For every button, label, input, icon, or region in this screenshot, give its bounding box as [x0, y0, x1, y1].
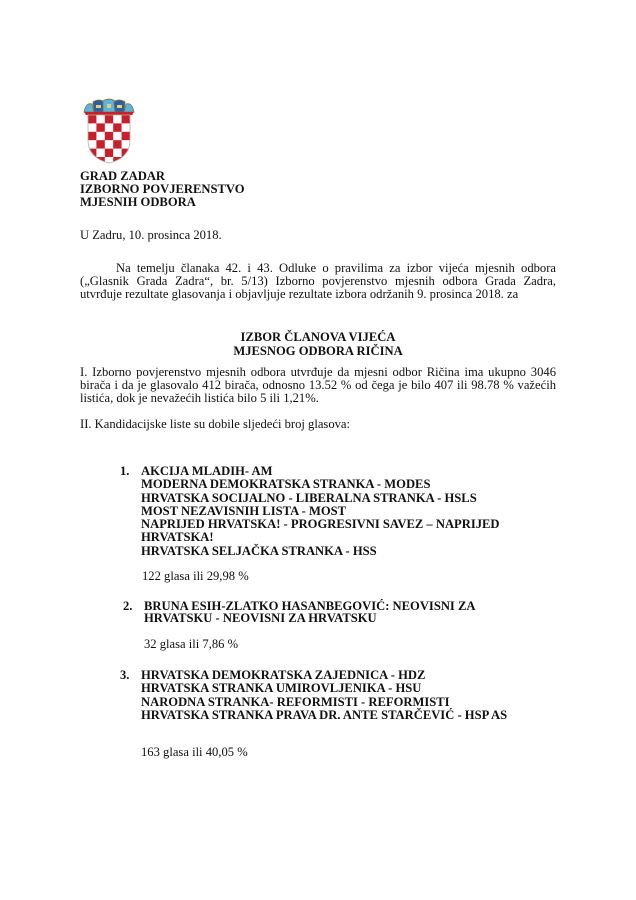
- party-name: HRVATSKU - NEOVISNI ZA HRVATSKU: [144, 612, 475, 624]
- party-name: HRVATSKA SELJAČKA STRANKA - HSS: [141, 545, 500, 558]
- party-name: HRVATSKA!: [141, 531, 500, 544]
- vote-result: 32 glasa ili 7,86 %: [144, 638, 238, 651]
- party-name: HRVATSKA STRANKA UMIROVLJENIKA - HSU: [141, 682, 507, 695]
- party-name: HRVATSKA STRANKA PRAVA DR. ANTE STARČEVI…: [141, 709, 507, 722]
- coat-of-arms-icon: [82, 98, 136, 164]
- party-names: HRVATSKA DEMOKRATSKA ZAJEDNICA - HDZ HRV…: [141, 669, 507, 722]
- date-line: U Zadru, 10. prosinca 2018.: [80, 229, 480, 242]
- party-name: AKCIJA MLADIH- AM: [141, 465, 500, 478]
- section-1-paragraph: I. Izborno povjerenstvo mjesnih odbora u…: [80, 366, 556, 405]
- party-name: NARODNA STRANKA- REFORMISTI - REFORMISTI: [141, 696, 507, 709]
- section-2-paragraph: II. Kandidacijske liste su dobile sljede…: [80, 418, 556, 431]
- party-names: BRUNA ESIH-ZLATKO HASANBEGOVIĆ: NEOVISNI…: [144, 600, 475, 624]
- list-number: 3.: [120, 669, 129, 682]
- party-name: MOST NEZAVISNIH LISTA - MOST: [141, 505, 500, 518]
- vote-result: 163 glasa ili 40,05 %: [141, 746, 248, 759]
- institution-header: GRAD ZADAR IZBORNO POVJERENSTVO MJESNIH …: [80, 170, 380, 209]
- document-title: IZBOR ČLANOVA VIJEĆA MJESNOG ODBORA RIČI…: [80, 331, 556, 359]
- party-name: HRVATSKA SOCIJALNO - LIBERALNA STRANKA -…: [141, 492, 500, 505]
- party-name: HRVATSKA DEMOKRATSKA ZAJEDNICA - HDZ: [141, 669, 507, 682]
- intro-text: Na temelju članaka 42. i 43. Odluke o pr…: [80, 262, 556, 301]
- list-number: 1.: [120, 465, 129, 478]
- party-name: NAPRIJED HRVATSKA! - PROGRESIVNI SAVEZ –…: [141, 518, 500, 531]
- header-line-committees: MJESNIH ODBORA: [80, 196, 380, 209]
- vote-result: 122 glasa ili 29,98 %: [142, 570, 249, 583]
- party-names: AKCIJA MLADIH- AM MODERNA DEMOKRATSKA ST…: [141, 465, 500, 558]
- title-line-1: IZBOR ČLANOVA VIJEĆA: [80, 331, 556, 345]
- title-line-2: MJESNOG ODBORA RIČINA: [80, 345, 556, 359]
- list-number: 2.: [123, 600, 132, 613]
- party-name: MODERNA DEMOKRATSKA STRANKA - MODES: [141, 478, 500, 491]
- intro-paragraph: Na temelju članaka 42. i 43. Odluke o pr…: [80, 262, 556, 301]
